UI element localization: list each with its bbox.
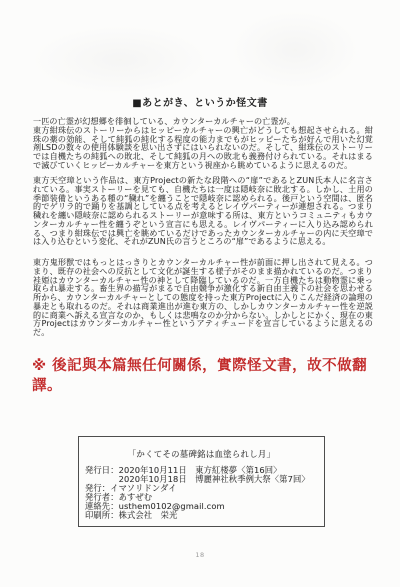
scanned-afterword-page: ■あとがき、というか怪文書 一匹の亡霊が幻想郷を徘徊している、カウンターカルチャ… [0,0,400,587]
colophon-row-printer: 印刷所：株式会社 栄光 [85,511,324,520]
page-number: 18 [0,551,400,559]
afterword-paragraph-2: 東方天空璋という作品は、東方Projectの新たな段階への“扉”であるとZUN氏… [33,176,373,246]
scan-smudge [230,10,360,90]
afterword-paragraph-1: 東方紺珠伝のストーリーからはヒッピーカルチャーの興亡がどうしても想起させられる。… [33,126,373,170]
translator-note: ※ 後記與本篇無任何關係，實際怪文書，故不做翻譯。 [32,356,382,396]
colophon-rows: 発行日：2020年10月11日 東方紅楼夢〈第16回〉 2020年10月18日 … [85,466,324,521]
afterword-paragraph-3: 東方鬼形獣ではもっとはっきりとカウンターカルチャー性が前面に押し出されて見える。… [33,258,373,337]
afterword-body: 一匹の亡霊が幻想郷を徘徊している、カウンターカルチャーの亡霊が。 東方紺珠伝のス… [33,117,373,337]
book-title: 「かくてその墓碑銘は血塗られし月」 [79,448,324,460]
colophon-box: 「かくてその墓碑銘は血塗られし月」 発行日：2020年10月11日 東方紅楼夢〈… [78,436,325,527]
afterword-heading: ■あとがき、というか怪文書 [0,94,400,109]
scan-smudge [30,25,210,95]
